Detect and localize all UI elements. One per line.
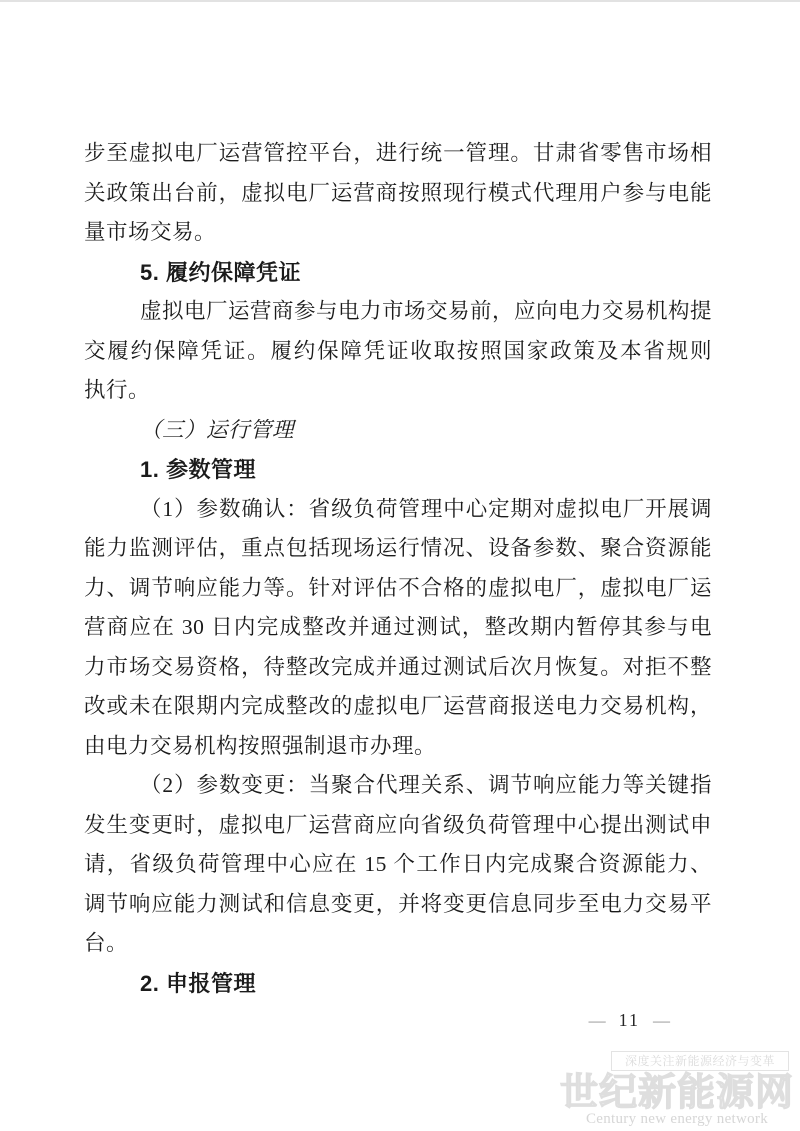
page-number-value: 11 bbox=[619, 1010, 640, 1030]
heading-1: 1. 参数管理 bbox=[84, 450, 712, 490]
watermark: 深度关注新能源经济与变革 世纪新能源网 Century new energy n… bbox=[560, 1051, 794, 1128]
body-line: 交履约保障凭证。履约保障凭证收取按照国家政策及本省规则 bbox=[84, 332, 712, 372]
heading-2: 2. 申报管理 bbox=[84, 964, 712, 1004]
body-line: （2）参数变更：当聚合代理关系、调节响应能力等关键指标 bbox=[84, 766, 712, 806]
watermark-subtitle: Century new energy network bbox=[560, 1111, 794, 1128]
body-line: 步至虚拟电厂运营管控平台，进行统一管理。甘肃省零售市场相 bbox=[84, 134, 712, 174]
body-line: 力、调节响应能力等。针对评估不合格的虚拟电厂，虚拟电厂运 bbox=[84, 569, 712, 609]
body-line: 请，省级负荷管理中心应在 15 个工作日内完成聚合资源能力、 bbox=[84, 845, 712, 885]
top-rule bbox=[0, 0, 800, 2]
body-line: 调节响应能力测试和信息变更，并将变更信息同步至电力交易平 bbox=[84, 885, 712, 925]
body-line: 力市场交易资格，待整改完成并通过测试后次月恢复。对拒不整 bbox=[84, 648, 712, 688]
page-number-dash-right: — bbox=[653, 1011, 670, 1030]
page-number-dash-left: — bbox=[589, 1011, 606, 1030]
heading-5: 5. 履约保障凭证 bbox=[84, 253, 712, 293]
document-page: 步至虚拟电厂运营管控平台，进行统一管理。甘肃省零售市场相 关政策出台前，虚拟电厂… bbox=[0, 0, 800, 1131]
body-line: 台。 bbox=[84, 924, 712, 964]
body-line: 发生变更时，虚拟电厂运营商应向省级负荷管理中心提出测试申 bbox=[84, 806, 712, 846]
body-line: 虚拟电厂运营商参与电力市场交易前，应向电力交易机构提 bbox=[84, 292, 712, 332]
body-line: （1）参数确认：省级负荷管理中心定期对虚拟电厂开展调节 bbox=[84, 490, 712, 530]
body-line: 关政策出台前，虚拟电厂运营商按照现行模式代理用户参与电能 bbox=[84, 174, 712, 214]
body-line: 改或未在限期内完成整改的虚拟电厂运营商报送电力交易机构， bbox=[84, 687, 712, 727]
body-line: 营商应在 30 日内完成整改并通过测试，整改期内暂停其参与电 bbox=[84, 608, 712, 648]
body-line: 执行。 bbox=[84, 371, 712, 411]
watermark-title: 世纪新能源网 bbox=[560, 1072, 794, 1114]
body-line: 由电力交易机构按照强制退市办理。 bbox=[84, 727, 712, 767]
watermark-slogan: 深度关注新能源经济与变革 bbox=[611, 1051, 789, 1071]
page-number: —11— bbox=[84, 1004, 712, 1036]
heading-section-3: （三）运行管理 bbox=[84, 411, 712, 451]
body-line: 能力监测评估，重点包括现场运行情况、设备参数、聚合资源能 bbox=[84, 529, 712, 569]
body-line: 量市场交易。 bbox=[84, 213, 712, 253]
document-body: 步至虚拟电厂运营管控平台，进行统一管理。甘肃省零售市场相 关政策出台前，虚拟电厂… bbox=[84, 134, 712, 1003]
